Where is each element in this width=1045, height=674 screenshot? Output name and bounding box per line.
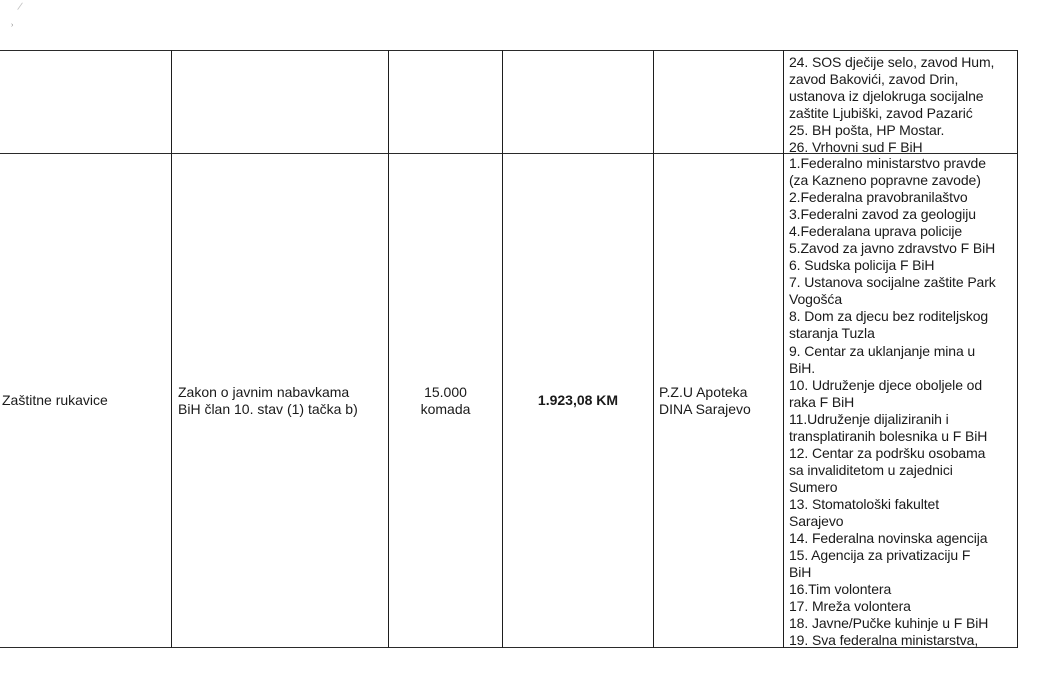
quantity-cell: 15.000 komada — [389, 154, 502, 647]
legal-basis-cell: Zakon o javnim nabavkama BiH član 10. st… — [178, 154, 386, 647]
recipient-line: 10. Udruženje djece oboljele od — [789, 377, 1017, 394]
recipients-continued-cell: 24. SOS dječije selo, zavod Hum,zavod Ba… — [789, 54, 1017, 156]
recipient-line: zavod Bakovići, zavod Drin, — [789, 71, 1017, 88]
supplier-cell: P.Z.U Apoteka DINA Sarajevo — [659, 154, 783, 647]
recipient-line: 14. Federalna novinska agencija — [789, 530, 1017, 547]
recipient-line: 25. BH pošta, HP Mostar. — [789, 122, 1017, 139]
recipient-line: 24. SOS dječije selo, zavod Hum, — [789, 54, 1017, 71]
supplier: P.Z.U Apoteka DINA Sarajevo — [659, 384, 751, 418]
recipient-line: 4.Federalana uprava policije — [789, 223, 1017, 240]
recipient-line: 12. Centar za podršku osobama — [789, 445, 1017, 462]
recipient-line: 15. Agencija za privatizaciju F — [789, 547, 1017, 564]
column-divider-5 — [783, 50, 784, 648]
item-name: Zaštitne rukavice — [2, 392, 108, 409]
recipient-line: (za Kazneno popravne zavode) — [789, 172, 1017, 189]
recipient-line: 7. Ustanova socijalne zaštite Park — [789, 274, 1017, 291]
column-divider-4 — [653, 50, 654, 648]
table-right-border — [1017, 50, 1018, 648]
recipient-line: 1.Federalno ministarstvo pravde — [789, 155, 1017, 172]
legal-basis: Zakon o javnim nabavkama BiH član 10. st… — [178, 384, 358, 418]
table-top-border — [0, 50, 1018, 51]
recipient-line: BiH — [789, 564, 1017, 581]
column-divider-1 — [171, 50, 172, 648]
quantity: 15.000 komada — [421, 384, 471, 418]
scan-artifact-slash: / — [16, 2, 23, 13]
recipient-line: 2.Federalna pravobranilaštvo — [789, 189, 1017, 206]
recipients-cell: 1.Federalno ministarstvo pravde(za Kazne… — [789, 155, 1017, 649]
recipient-line: 8. Dom za djecu bez roditeljskog — [789, 308, 1017, 325]
recipient-line: raka F BiH — [789, 394, 1017, 411]
recipient-line: Vogošća — [789, 291, 1017, 308]
recipient-line: 17. Mreža volontera — [789, 598, 1017, 615]
recipient-line: 5.Zavod za javno zdravstvo F BiH — [789, 240, 1017, 257]
recipient-line: BiH. — [789, 360, 1017, 377]
recipient-line: 19. Sva federalna ministarstva, — [789, 632, 1017, 649]
recipient-line: 16.Tim volontera — [789, 581, 1017, 598]
contract-value: 1.923,08 KM — [538, 392, 618, 409]
recipient-line: 26. Vrhovni sud F BiH — [789, 139, 1017, 156]
recipient-line: 13. Stomatološki fakultet — [789, 496, 1017, 513]
recipient-line: 11.Udruženje dijaliziranih i — [789, 411, 1017, 428]
scan-artifact-dot: › — [11, 22, 13, 29]
recipient-line: zaštite Ljubiški, zavod Pazarić — [789, 105, 1017, 122]
value-cell: 1.923,08 KM — [503, 154, 653, 647]
recipient-line: ustanova iz djelokruga socijalne — [789, 88, 1017, 105]
recipient-line: transplatiranih bolesnika u F BiH — [789, 428, 1017, 445]
recipient-line: 3.Federalni zavod za geologiju — [789, 206, 1017, 223]
recipient-line: 6. Sudska policija F BiH — [789, 257, 1017, 274]
recipient-line: Sarajevo — [789, 513, 1017, 530]
recipient-line: 9. Centar za uklanjanje mina u — [789, 343, 1017, 360]
item-name-cell: Zaštitne rukavice — [2, 154, 170, 647]
recipient-line: staranja Tuzla — [789, 325, 1017, 342]
recipient-line: Sumero — [789, 479, 1017, 496]
recipient-line: sa invaliditetom u zajednici — [789, 462, 1017, 479]
recipient-line: 18. Javne/Pučke kuhinje u F BiH — [789, 615, 1017, 632]
